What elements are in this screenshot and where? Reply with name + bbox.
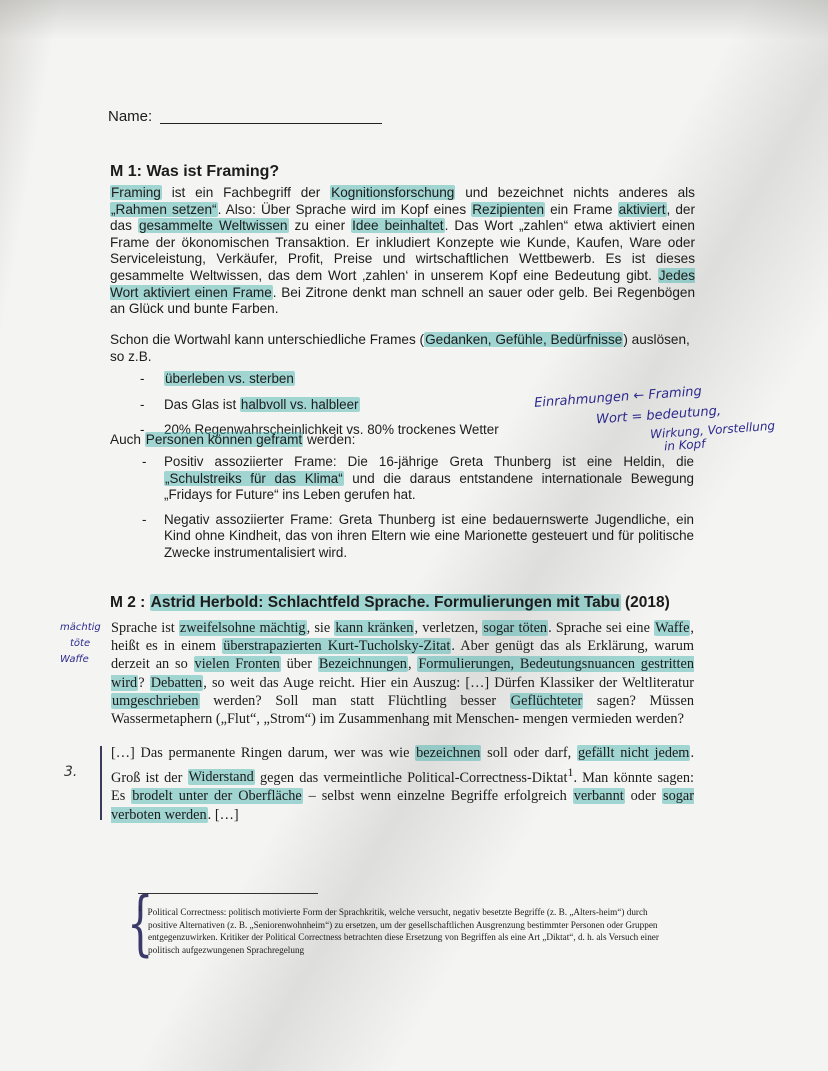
m2-title: M 2 : Astrid Herbold: Schlachtfeld Sprac… <box>110 594 670 612</box>
highlighted-text: brodelt unter der Oberfläche <box>131 788 302 804</box>
list-item: überleben vs. sterben <box>140 366 499 392</box>
margin-note-2: töte <box>70 638 90 649</box>
margin-note-3: Waffe <box>60 654 89 665</box>
handwritten-note-4: in Kopf <box>664 437 706 454</box>
highlighted-text: halbvoll vs. halbleer <box>240 397 360 412</box>
highlighted-text: überstrapazierten Kurt-Tucholsky-Zitat <box>222 638 451 654</box>
highlighted-text: Framing <box>110 185 162 200</box>
name-blank-line <box>160 123 382 124</box>
highlighted-text: überleben vs. sterben <box>164 371 295 386</box>
highlighted-text: gefällt nicht jedem <box>577 745 690 761</box>
m2-paragraph-1: Sprache ist zweifelsohne mächtig, sie ka… <box>111 619 694 728</box>
highlighted-text: Bezeichnungen <box>318 656 408 672</box>
highlighted-text: umgeschrieben <box>111 693 200 709</box>
margin-note-1: mächtig <box>60 622 101 633</box>
m1-paragraph-2: Schon die Wortwahl kann unterschiedliche… <box>110 332 695 365</box>
footnote: 1Political Correctness: politisch motivi… <box>148 903 676 956</box>
list-item: Negativ assoziierter Frame: Greta Thunbe… <box>142 512 694 562</box>
highlighted-text: gesammelte Weltwissen <box>138 218 289 233</box>
highlighted-text: bezeichnen <box>415 745 481 761</box>
highlighted-text: vielen Fronten <box>194 656 281 672</box>
m2-paragraph-2: […] Das permanente Ringen darum, wer was… <box>111 744 694 824</box>
highlighted-text: aktiviert <box>618 202 667 217</box>
highlighted-text: kann kränken <box>334 620 414 636</box>
worksheet-page: Name: M 1: Was ist Framing? Framing ist … <box>0 0 828 1071</box>
m1-title: M 1: Was ist Framing? <box>110 163 279 181</box>
highlighted-text: Idee beinhaltet <box>351 218 444 233</box>
highlighted-text: „Schulstreiks für das Klima“ <box>164 471 344 486</box>
highlighted-text: verbannt <box>573 788 625 804</box>
highlighted-text: Gedanken, Gefühle, Bedürfnisse <box>424 332 623 347</box>
highlighted-text: Geflüchteter <box>510 693 583 709</box>
margin-number: 3. <box>64 764 77 780</box>
highlighted-text: Debatten <box>150 675 204 691</box>
handwritten-margin-bar <box>100 746 102 820</box>
highlighted-text: Widerstand <box>188 769 255 785</box>
person-frames-list: Positiv assoziierter Frame: Die 16-jähri… <box>142 454 694 570</box>
highlighted-text: zweifelsohne mächtig <box>179 620 307 636</box>
highlighted-text: sogar töten <box>482 620 548 636</box>
list-item: Positiv assoziierter Frame: Die 16-jähri… <box>142 454 694 504</box>
highlighted-text: „Rahmen setzen“ <box>110 202 218 217</box>
persons-intro: Auch Personen können geframt werden: <box>110 432 355 447</box>
list-item: Das Glas ist halbvoll vs. halbleer <box>140 392 499 418</box>
name-label: Name: <box>108 108 152 125</box>
m1-paragraph-1: Framing ist ein Fachbegriff der Kognitio… <box>110 185 695 318</box>
highlighted-text: Personen können geframt <box>145 432 303 447</box>
highlighted-text: Rezipienten <box>471 202 545 217</box>
footnote-divider <box>138 893 318 894</box>
highlighted-text: Waffe <box>654 620 690 636</box>
highlighted-text: Kognitionsforschung <box>330 185 455 200</box>
name-field: Name: <box>108 108 382 125</box>
